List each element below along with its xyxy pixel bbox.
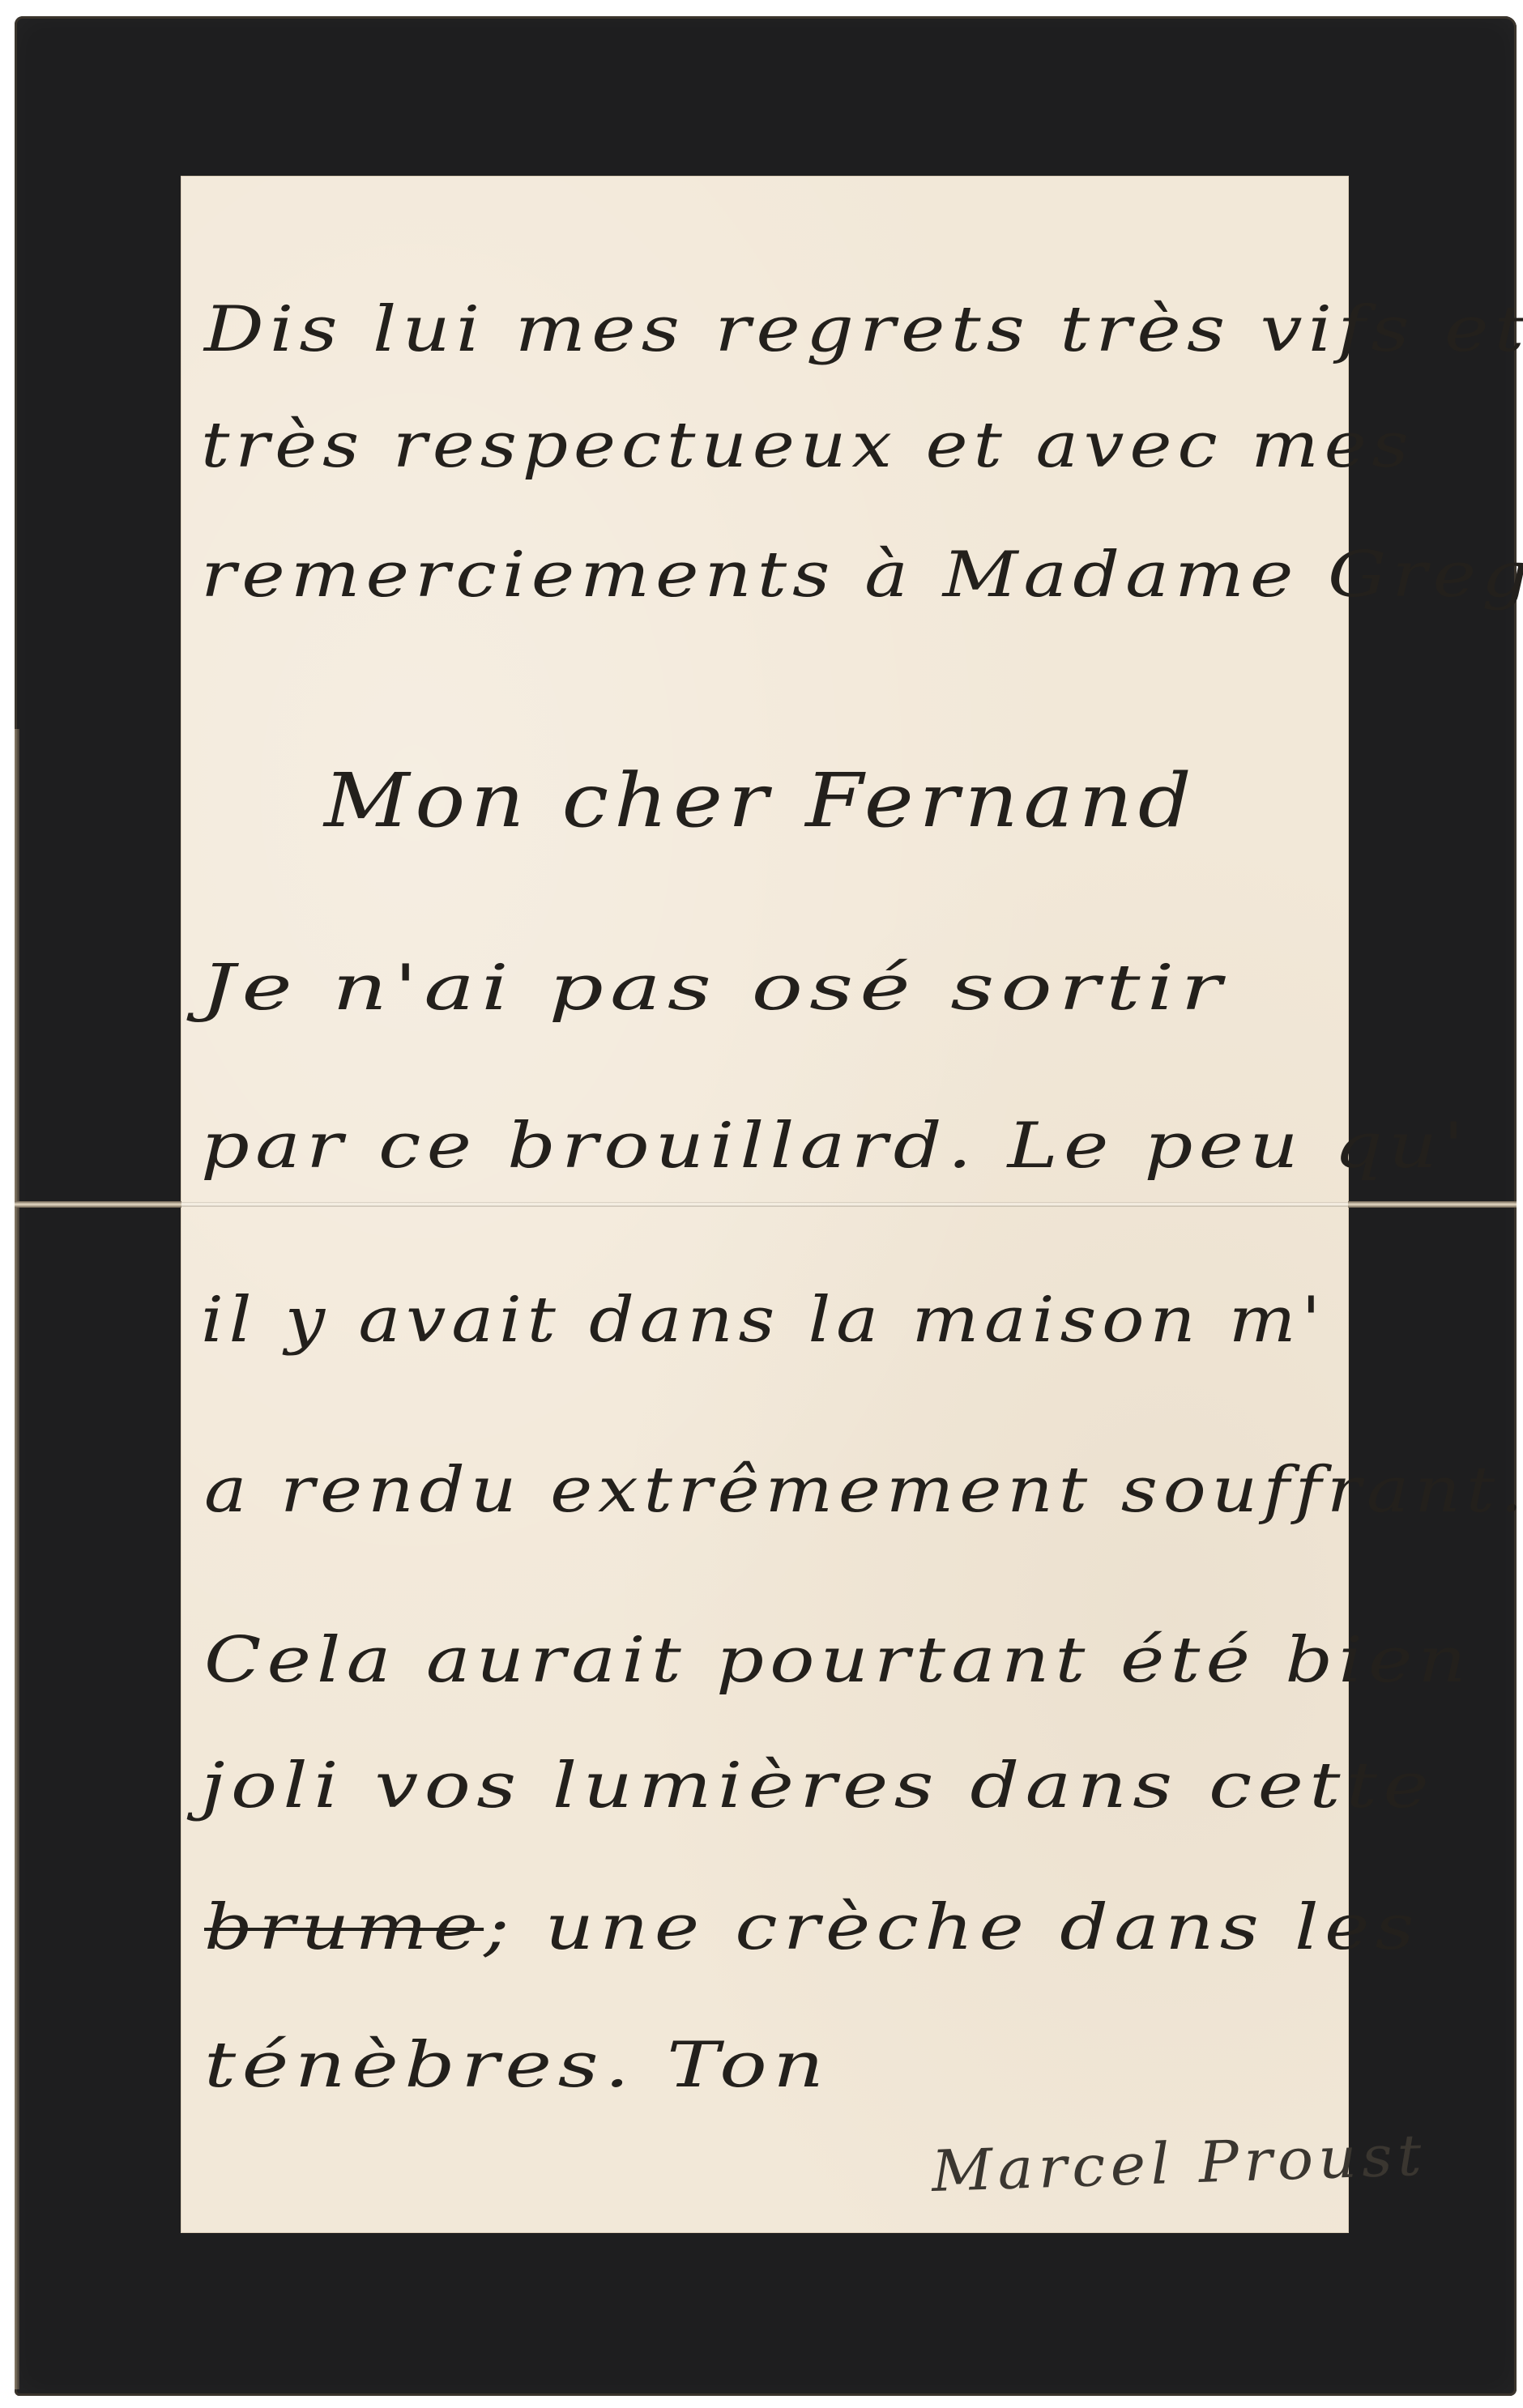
fold-crease-border-right xyxy=(1348,1201,1517,1208)
letter-line-12-closing: ténèbres. Ton xyxy=(204,2029,830,2102)
letter-line-11: brume; une crèche dans les xyxy=(204,1891,1420,1964)
letter-line-1: Dis lui mes regrets très vifs et xyxy=(204,293,1523,366)
letter-line-7: il y avait dans la maison m' xyxy=(201,1284,1326,1357)
card-worn-edge xyxy=(15,729,19,2389)
letter-line-5: Je n'ai pas osé sortir xyxy=(201,952,1228,1025)
paper-fold-crease xyxy=(15,1202,1517,1207)
salutation: Mon cher Fernand xyxy=(324,757,1197,844)
fold-crease-border-left xyxy=(15,1201,181,1208)
letter-line-3: remerciements à Madame Gregh. xyxy=(201,539,1523,612)
letter-line-2: très respectueux et avec mes xyxy=(201,409,1414,482)
struck-word: brume xyxy=(204,1891,484,1964)
letter-line-10: joli vos lumières dans cette xyxy=(201,1750,1435,1822)
letter-line-8: a rendu extrêmement souffrant. xyxy=(204,1454,1523,1527)
letter-line-6: par ce brouillard. Le peu qu' xyxy=(201,1110,1470,1183)
letter-line-9: Cela aurait pourtant été bien xyxy=(204,1624,1472,1697)
